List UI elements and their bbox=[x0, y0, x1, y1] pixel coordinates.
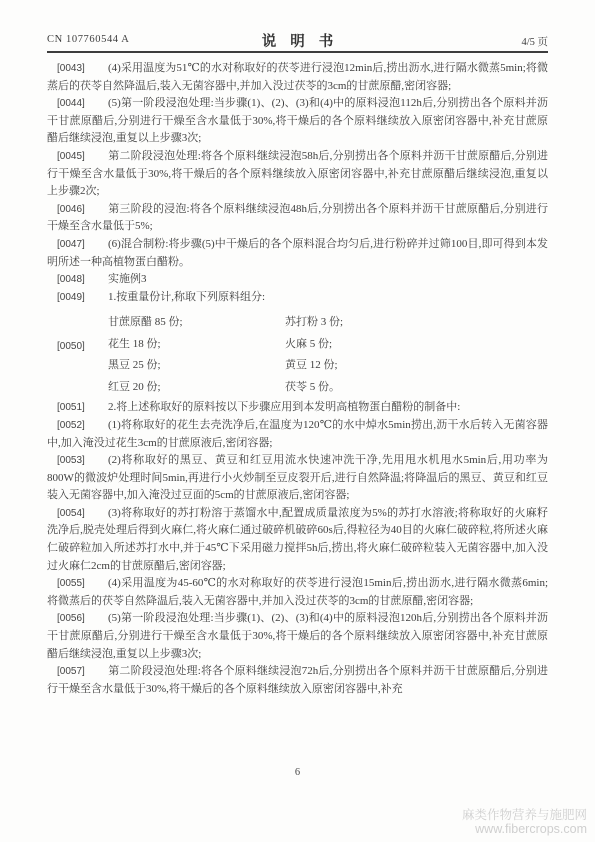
paragraph-text: 第二阶段浸泡处理:将各个原料继续浸泡72h后,分别捞出各个原料并沥干甘蔗原醋后,… bbox=[47, 665, 548, 695]
paragraph-text: (4)采用温度为45-60℃的水对称取好的茯苓进行浸泡15min后,捞出沥水,进… bbox=[47, 577, 548, 607]
paragraph-number: [0045] bbox=[47, 148, 108, 166]
paragraph-number: [0048] bbox=[47, 271, 108, 289]
watermark-site-name: 麻类作物营养与施肥网 bbox=[462, 809, 587, 823]
paragraph-number: [0047] bbox=[47, 236, 108, 254]
paragraph-0057: [0057]第二阶段浸泡处理:将各个原料继续浸泡72h后,分别捞出各个原料并沥干… bbox=[47, 663, 548, 698]
paragraph-number: [0056] bbox=[47, 610, 108, 628]
paragraph-0055: [0055](4)采用温度为45-60℃的水对称取好的茯苓进行浸泡15min后,… bbox=[47, 575, 548, 610]
paragraph-number: [0057] bbox=[47, 663, 108, 681]
paragraph-0053: [0053](2)将称取好的黑豆、黄豆和红豆用流水快速冲洗干净,先用甩水机甩水5… bbox=[47, 452, 548, 505]
paragraph-number: [0050] bbox=[57, 341, 85, 352]
paragraph-number: [0043] bbox=[47, 60, 108, 78]
paragraph-number: [0055] bbox=[47, 575, 108, 593]
paragraph-number: [0049] bbox=[47, 289, 108, 307]
body-text: [0043](4)采用温度为51℃的水对称取好的茯苓进行浸泡12min后,捞出沥… bbox=[47, 60, 548, 698]
paragraph-text: (3)将称取好的苏打粉溶于蒸馏水中,配置成质量浓度为5%的苏打水溶液;将称取好的… bbox=[47, 507, 548, 572]
paragraph-text: (5)第一阶段浸泡处理:当步骤(1)、(2)、(3)和(4)中的原料浸泡120h… bbox=[47, 612, 548, 659]
watermark-site-url: www.fibercrops.com bbox=[462, 823, 587, 837]
patent-specification-page: CN 107760544 A 说明书 4/5 页 [0043](4)采用温度为5… bbox=[0, 0, 595, 842]
paragraph-text: 第二阶段浸泡处理:将各个原料继续浸泡58h后,分别捞出各个原料并沥干甘蔗原醋后,… bbox=[47, 150, 548, 197]
paragraph-0044: [0044](5)第一阶段浸泡处理:当步骤(1)、(2)、(3)和(4)中的原料… bbox=[47, 95, 548, 148]
paragraph-number: [0054] bbox=[47, 505, 108, 523]
paragraph-0047: [0047](6)混合制粉:将步骤(5)中干燥后的各个原料混合均匀后,进行粉碎并… bbox=[47, 236, 548, 271]
paragraph-text: (4)采用温度为51℃的水对称取好的茯苓进行浸泡12min后,捞出沥水,进行隔水… bbox=[47, 62, 548, 92]
paragraph-0045: [0045]第二阶段浸泡处理:将各个原料继续浸泡58h后,分别捞出各个原料并沥干… bbox=[47, 148, 548, 201]
paragraph-number: [0051] bbox=[47, 399, 108, 417]
ingredient-left: 花生 18 份; bbox=[108, 335, 285, 351]
paragraph-0052: [0052](1)将称取好的花生去壳洗净后,在温度为120℃的水中焯水5min捞… bbox=[47, 417, 548, 452]
watermark: 麻类作物营养与施肥网 www.fibercrops.com bbox=[462, 809, 587, 836]
ingredient-left: 黑豆 25 份; bbox=[108, 356, 285, 372]
ingredient-right: 茯苓 5 份。 bbox=[285, 378, 548, 394]
paragraph-0054: [0054](3)将称取好的苏打粉溶于蒸馏水中,配置成质量浓度为5%的苏打水溶液… bbox=[47, 505, 548, 575]
header-rule bbox=[47, 51, 548, 53]
ingredient-left: 红豆 20 份; bbox=[108, 378, 285, 394]
paragraph-0051: [0051]2.将上述称取好的原料按以下步骤应用到本发明高植物蛋白醋粉的制备中: bbox=[47, 399, 548, 417]
paragraph-0048: [0048]实施例3 bbox=[47, 271, 548, 289]
paragraph-number: [0044] bbox=[47, 95, 108, 113]
paragraph-0056: [0056](5)第一阶段浸泡处理:当步骤(1)、(2)、(3)和(4)中的原料… bbox=[47, 610, 548, 663]
ingredient-row: 红豆 20 份; 茯苓 5 份。 bbox=[108, 375, 548, 397]
paragraph-text: 实施例3 bbox=[108, 273, 147, 285]
ingredient-row: 黑豆 25 份; 黄豆 12 份; bbox=[108, 353, 548, 375]
paragraph-0046: [0046]第三阶段的浸泡:将各个原料继续浸泡48h后,分别捞出各个原料并沥干甘… bbox=[47, 201, 548, 236]
paragraph-text: (5)第一阶段浸泡处理:当步骤(1)、(2)、(3)和(4)中的原料浸泡112h… bbox=[47, 97, 548, 144]
ingredient-right: 黄豆 12 份; bbox=[285, 356, 548, 372]
paragraph-text: 第三阶段的浸泡:将各个原料继续浸泡48h后,分别捞出各个原料并沥干甘蔗原醋后,分… bbox=[47, 203, 548, 233]
paragraph-0049: [0049]1.按重量份计,称取下列原料组分: bbox=[47, 289, 548, 307]
paragraph-text: (2)将称取好的黑豆、黄豆和红豆用流水快速冲洗干净,先用甩水机甩水5min后,用… bbox=[47, 454, 548, 501]
ingredient-row: 甘蔗原醋 85 份; 苏打粉 3 份; bbox=[108, 310, 548, 332]
paragraph-text: (6)混合制粉:将步骤(5)中干燥后的各个原料混合均匀后,进行粉碎并过筛100目… bbox=[47, 238, 548, 268]
ingredient-right: 苏打粉 3 份; bbox=[285, 313, 548, 329]
ingredient-list: [0050] 甘蔗原醋 85 份; 苏打粉 3 份; 花生 18 份; 火麻 5… bbox=[47, 310, 548, 396]
paragraph-text: 1.按重量份计,称取下列原料组分: bbox=[108, 291, 265, 303]
ingredient-row: 花生 18 份; 火麻 5 份; bbox=[108, 332, 548, 354]
ingredient-left: 甘蔗原醋 85 份; bbox=[108, 313, 285, 329]
paragraph-text: (1)将称取好的花生去壳洗净后,在温度为120℃的水中焯水5min捞出,沥干水后… bbox=[47, 419, 548, 449]
paragraph-text: 2.将上述称取好的原料按以下步骤应用到本发明高植物蛋白醋粉的制备中: bbox=[108, 401, 460, 413]
document-title: 说明书 bbox=[0, 30, 595, 51]
paragraph-number: [0053] bbox=[47, 452, 108, 470]
page-number: 6 bbox=[0, 767, 595, 778]
ingredient-right: 火麻 5 份; bbox=[285, 335, 548, 351]
paragraph-number: [0046] bbox=[47, 201, 108, 219]
paragraph-0043: [0043](4)采用温度为51℃的水对称取好的茯苓进行浸泡12min后,捞出沥… bbox=[47, 60, 548, 95]
page-indicator: 4/5 页 bbox=[521, 34, 548, 49]
paragraph-number: [0052] bbox=[47, 417, 108, 435]
